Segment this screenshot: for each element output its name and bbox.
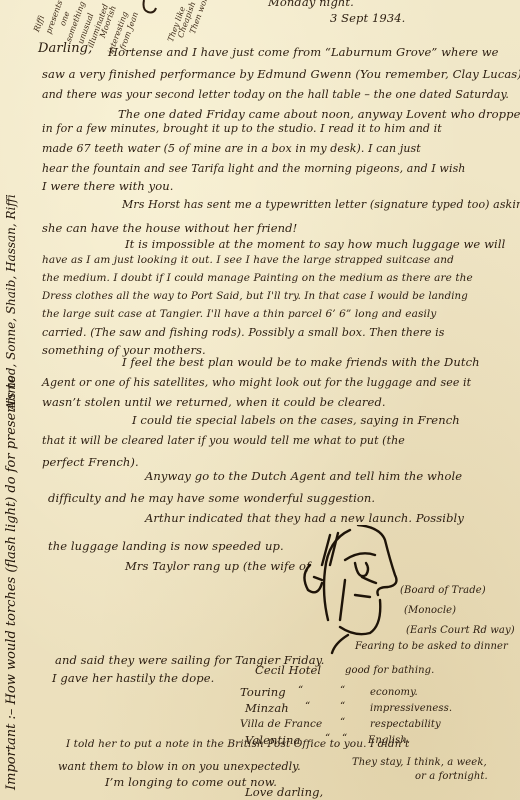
body-line: have as I am just looking it out. I see … [42,254,454,267]
aside-stay: They stay, I think, a week, [352,756,487,769]
hotel-name: Valentina [245,734,300,747]
body-line: in for a few minutes, brought it up to t… [42,122,442,135]
hotel-name: Cecil Hotel [255,664,321,677]
body-line: want them to blow in on you unexpectedly… [58,760,301,773]
sketch-note-dinner: Fearing to be asked to dinner [355,640,508,653]
ditto: “ [298,684,303,697]
margin-note-names: Ahmed, Sonne, Shaib, Hassan, Riffi [4,30,18,410]
body-line: I gave her hastily the dope. [52,672,214,685]
body-line: the luggage landing is now speeded up. [48,540,284,553]
sketch-note-monocle: (Monocle) [404,604,456,617]
ditto: “ [325,732,330,745]
hotel-comment: English. [368,734,410,747]
header-day: Monday night. [268,0,354,9]
body-line: difficulty and he may have some wonderfu… [48,492,375,505]
body-line: Mrs Taylor rang up (the wife of [125,560,310,573]
ditto: “ [305,700,310,713]
body-line: hear the fountain and see Tarifa light a… [42,162,466,175]
body-line: Dress clothes all the way to Port Said, … [42,290,468,303]
body-line: I told her to put a note in the British … [66,738,409,751]
body-line: wasn’t stolen until we returned, when it… [42,396,386,409]
body-line: that it will be cleared later if you wou… [42,434,405,447]
body-line: and there was your second letter today o… [42,88,509,101]
body-line: I feel the best plan would be to make fr… [122,356,480,369]
body-line: carried. (The saw and fishing rods). Pos… [42,326,445,339]
aside-fortnight: or a fortnight. [415,770,488,783]
body-line: she can have the house without her frien… [42,222,297,235]
hotel-name: Touring [240,686,286,699]
body-line: It is impossible at the moment to say ho… [125,238,505,251]
body-line: The one dated Friday came about noon, an… [118,108,520,121]
ditto: “ [340,700,345,713]
body-line: Hortense and I have just come from “Labu… [108,46,499,59]
ditto: “ [340,684,345,697]
margin-note-important: Important :– How would torches (flash li… [4,375,19,790]
body-line: Arthur indicated that they had a new lau… [145,512,464,525]
hotel-comment: respectability [370,718,441,731]
body-line: saw a very finished performance by Edmun… [42,68,520,81]
signoff: Love darling, [245,786,323,799]
body-line: the large suit case at Tangier. I'll hav… [42,308,436,321]
body-line: made 67 teeth water (5 of mine are in a … [42,142,421,155]
hotel-name: Minzah [245,702,289,715]
sketch-note-board-of-trade: (Board of Trade) [400,584,486,597]
body-line: Anyway go to the Dutch Agent and tell hi… [145,470,462,483]
hotel-name: Villa de France [240,718,322,731]
body-line: perfect French). [42,456,139,469]
sketch-note-earls-court: (Earls Court Rd way) [406,624,515,637]
ditto: “ [340,716,345,729]
body-line: the medium. I doubt if I could manage Pa… [42,272,473,285]
hotel-comment: economy. [370,686,418,699]
body-line: Agent or one of his satellites, who migh… [42,376,471,389]
ditto: “ [342,732,347,745]
top-flourish-icon [140,0,160,16]
hotel-comment: good for bathing. [345,664,434,677]
body-line: Mrs Horst has sent me a typewritten lett… [122,198,520,211]
body-line: I were there with you. [42,180,174,193]
body-line: I could tie special labels on the cases,… [132,414,460,427]
hotel-comment: impressiveness. [370,702,452,715]
header-date: 3 Sept 1934. [330,12,405,25]
